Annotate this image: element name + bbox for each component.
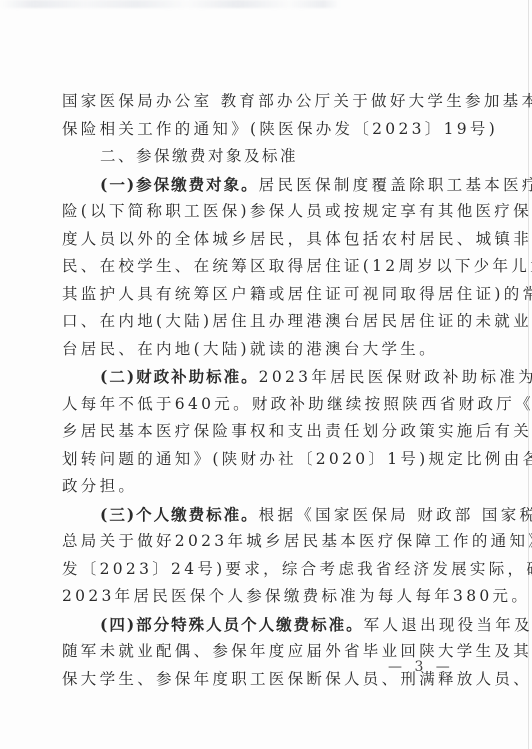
- paragraph-4-line: (四)部分特殊人员个人缴费标准。军人退出现役当年及其: [62, 611, 454, 639]
- paragraph-title: (二)财政补助标准。: [100, 367, 259, 386]
- page-number: — 3 —: [388, 659, 454, 675]
- text-line: 台居民、在内地(大陆)就读的港澳台大学生。: [62, 336, 454, 364]
- text-line: 民、在校学生、在统筹区取得居住证(12周岁以下少年儿童，: [62, 253, 454, 281]
- paragraph-text: 军人退出现役当年及其: [364, 616, 532, 634]
- paragraph-text: 2023年居民医保财政补助标准为每: [259, 368, 532, 386]
- text-line: 划转问题的通知》(陕财办社〔2020〕1号)规定比例由各级财: [62, 446, 454, 474]
- text-line: 口、在内地(大陆)居住且办理港澳台居民居住证的未就业港澳: [62, 308, 454, 336]
- text-line: 险(以下简称职工医保)参保人员或按规定享有其他医疗保障制: [62, 198, 454, 226]
- paragraph-1-line: (一)参保缴费对象。居民医保制度覆盖除职工基本医疗保: [62, 171, 454, 199]
- paragraph-2-line: (二)财政补助标准。2023年居民医保财政补助标准为每: [62, 363, 454, 391]
- text-line: 其监护人具有统筹区户籍或居住证可视同取得居住证)的常住人: [62, 281, 454, 309]
- text-line: 2023年居民医保个人参保缴费标准为每人每年380元。: [62, 583, 454, 611]
- scan-artifact: [0, 0, 340, 8]
- text-line: 度人员以外的全体城乡居民，具体包括农村居民、城镇非就业居: [62, 226, 454, 254]
- paragraph-3-line: (三)个人缴费标准。根据《国家医保局 财政部 国家税务: [62, 501, 454, 529]
- paragraph-title: (一)参保缴费对象。: [100, 175, 259, 194]
- section-heading: 二、参保缴费对象及标准: [62, 143, 454, 171]
- paragraph-title: (三)个人缴费标准。: [100, 505, 259, 524]
- text-line: 人每年不低于640元。财政补助继续按照陕西省财政厅《关于城: [62, 391, 454, 419]
- paragraph-text: 根据《国家医保局 财政部 国家税务: [259, 506, 532, 524]
- paragraph-title: (四)部分特殊人员个人缴费标准。: [100, 615, 364, 634]
- paragraph-text: 居民医保制度覆盖除职工基本医疗保: [259, 176, 532, 194]
- text-line: 国家医保局办公室 教育部办公厅关于做好大学生参加基本医疗: [62, 88, 454, 116]
- text-line: 发〔2023〕24号)要求，综合考虑我省经济发展实际，确定我省: [62, 556, 454, 584]
- text-line: 乡居民基本医疗保险事权和支出责任划分政策实施后有关财力: [62, 418, 454, 446]
- text-line: 政分担。: [62, 473, 454, 501]
- document-page: 国家医保局办公室 教育部办公厅关于做好大学生参加基本医疗 保险相关工作的通知》(…: [62, 88, 454, 693]
- text-line: 保险相关工作的通知》(陕医保办发〔2023〕19号): [62, 116, 454, 144]
- text-line: 总局关于做好2023年城乡居民基本医疗保障工作的通知》(医保: [62, 528, 454, 556]
